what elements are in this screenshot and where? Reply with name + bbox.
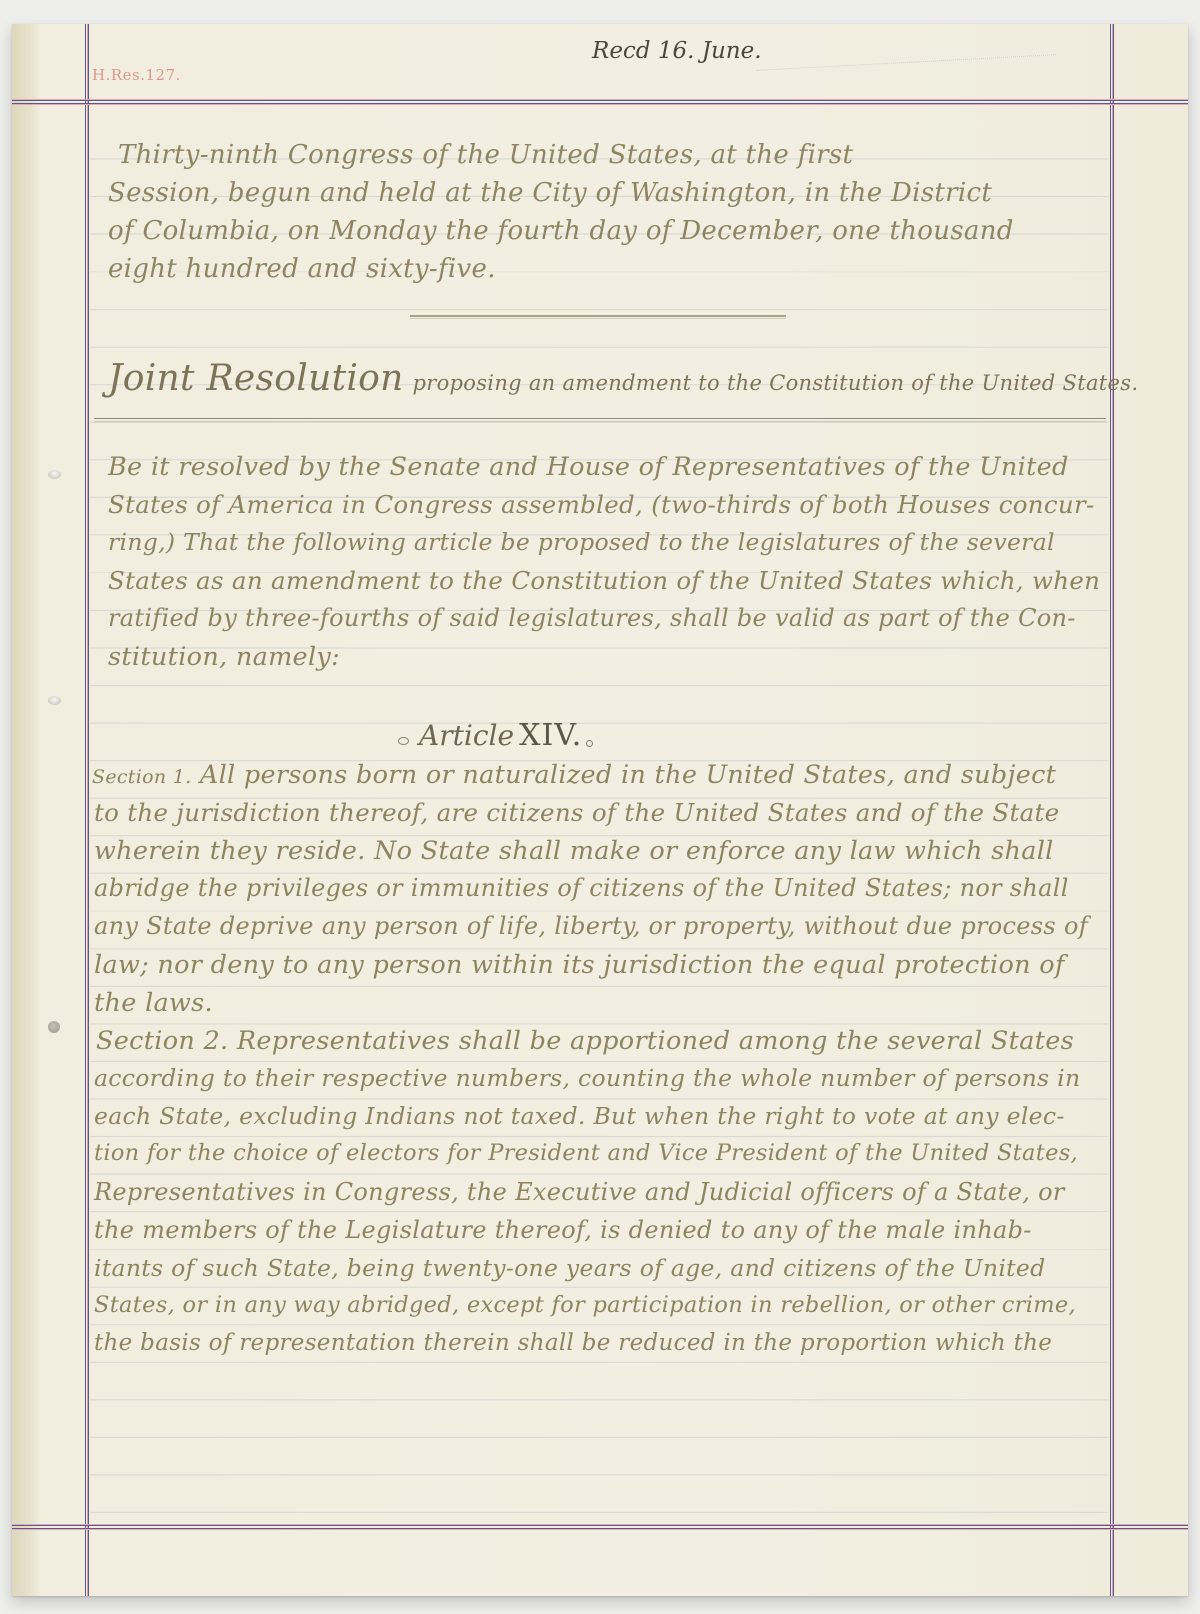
section-1-line: any State deprive any person of life, li… [94, 912, 1088, 940]
resolution-title: Joint Resolution proposing an amendment … [108, 358, 1138, 399]
preamble-line: eight hundred and sixty-five. [108, 254, 496, 284]
section-2-line: itants of such State, being twenty-one y… [94, 1254, 1045, 1282]
section-1-label: Section 1. [92, 766, 191, 788]
enacting-line: States as an amendment to the Constituti… [108, 566, 1100, 595]
page-binding-edge [12, 24, 40, 1596]
section-2-line: each State, excluding Indians not taxed.… [94, 1102, 1065, 1130]
binder-hole-icon [48, 470, 61, 479]
section-1-line: All persons born or naturalized in the U… [200, 760, 1056, 790]
section-2-line: tion for the choice of electors for Pres… [94, 1140, 1078, 1166]
section-1-first-line: Section 1. All persons born or naturaliz… [92, 760, 1056, 790]
binder-hole-icon [48, 696, 61, 705]
title-divider-shadow [410, 318, 786, 319]
section-2-line: the basis of representation therein shal… [94, 1330, 1052, 1356]
section-1-line: law; nor deny to any person within its j… [94, 950, 1065, 980]
section-1-line: the laws. [94, 988, 213, 1018]
section-1-line: wherein they reside. No State shall make… [94, 836, 1054, 866]
right-margin-rule [1110, 24, 1114, 1596]
preamble-line: Thirty-ninth Congress of the United Stat… [118, 140, 853, 170]
section-1-line: to the jurisdiction thereof, are citizen… [94, 798, 1059, 827]
section-2-line: States, or in any way abridged, except f… [94, 1292, 1076, 1318]
section-2-line: Section 2. Representatives shall be appo… [96, 1026, 1074, 1056]
preamble-line: of Columbia, on Monday the fourth day of… [108, 216, 1014, 246]
received-note: Recd 16. June. [592, 38, 762, 64]
section-2-line: according to their respective numbers, c… [94, 1064, 1080, 1092]
enacting-line: Be it resolved by the Senate and House o… [108, 452, 1069, 482]
section-1-line: abridge the privileges or immunities of … [94, 874, 1069, 902]
article-heading: Article XIV. [398, 718, 593, 753]
section-2-line: the members of the Legislature thereof, … [94, 1216, 1032, 1244]
enacting-line: ring,) That the following article be pro… [108, 528, 1055, 556]
title-underline [94, 418, 1106, 419]
article-number: XIV. [519, 718, 582, 753]
enacting-line: ratified by three-fourths of said legisl… [108, 604, 1076, 632]
binder-hole-icon [48, 1021, 60, 1033]
ornament-circle-icon [398, 737, 409, 745]
resolution-title-lead: Joint Resolution [108, 358, 404, 399]
enacting-line: States of America in Congress assembled,… [108, 490, 1095, 519]
left-margin-rule [85, 24, 89, 1596]
enacting-line: stitution, namely: [108, 642, 340, 672]
top-header-rule [12, 99, 1188, 105]
ornament-circle-icon [586, 740, 593, 747]
article-word: Article [419, 719, 514, 752]
resolution-title-rest: proposing an amendment to the Constituti… [413, 371, 1139, 395]
docket-number: H.Res.127. [92, 66, 181, 84]
bottom-footer-rule [12, 1524, 1188, 1530]
section-2-line: Representatives in Congress, the Executi… [94, 1178, 1065, 1206]
title-divider [410, 315, 786, 317]
title-underline-shadow [94, 421, 1106, 422]
preamble-line: Session, begun and held at the City of W… [108, 178, 992, 208]
